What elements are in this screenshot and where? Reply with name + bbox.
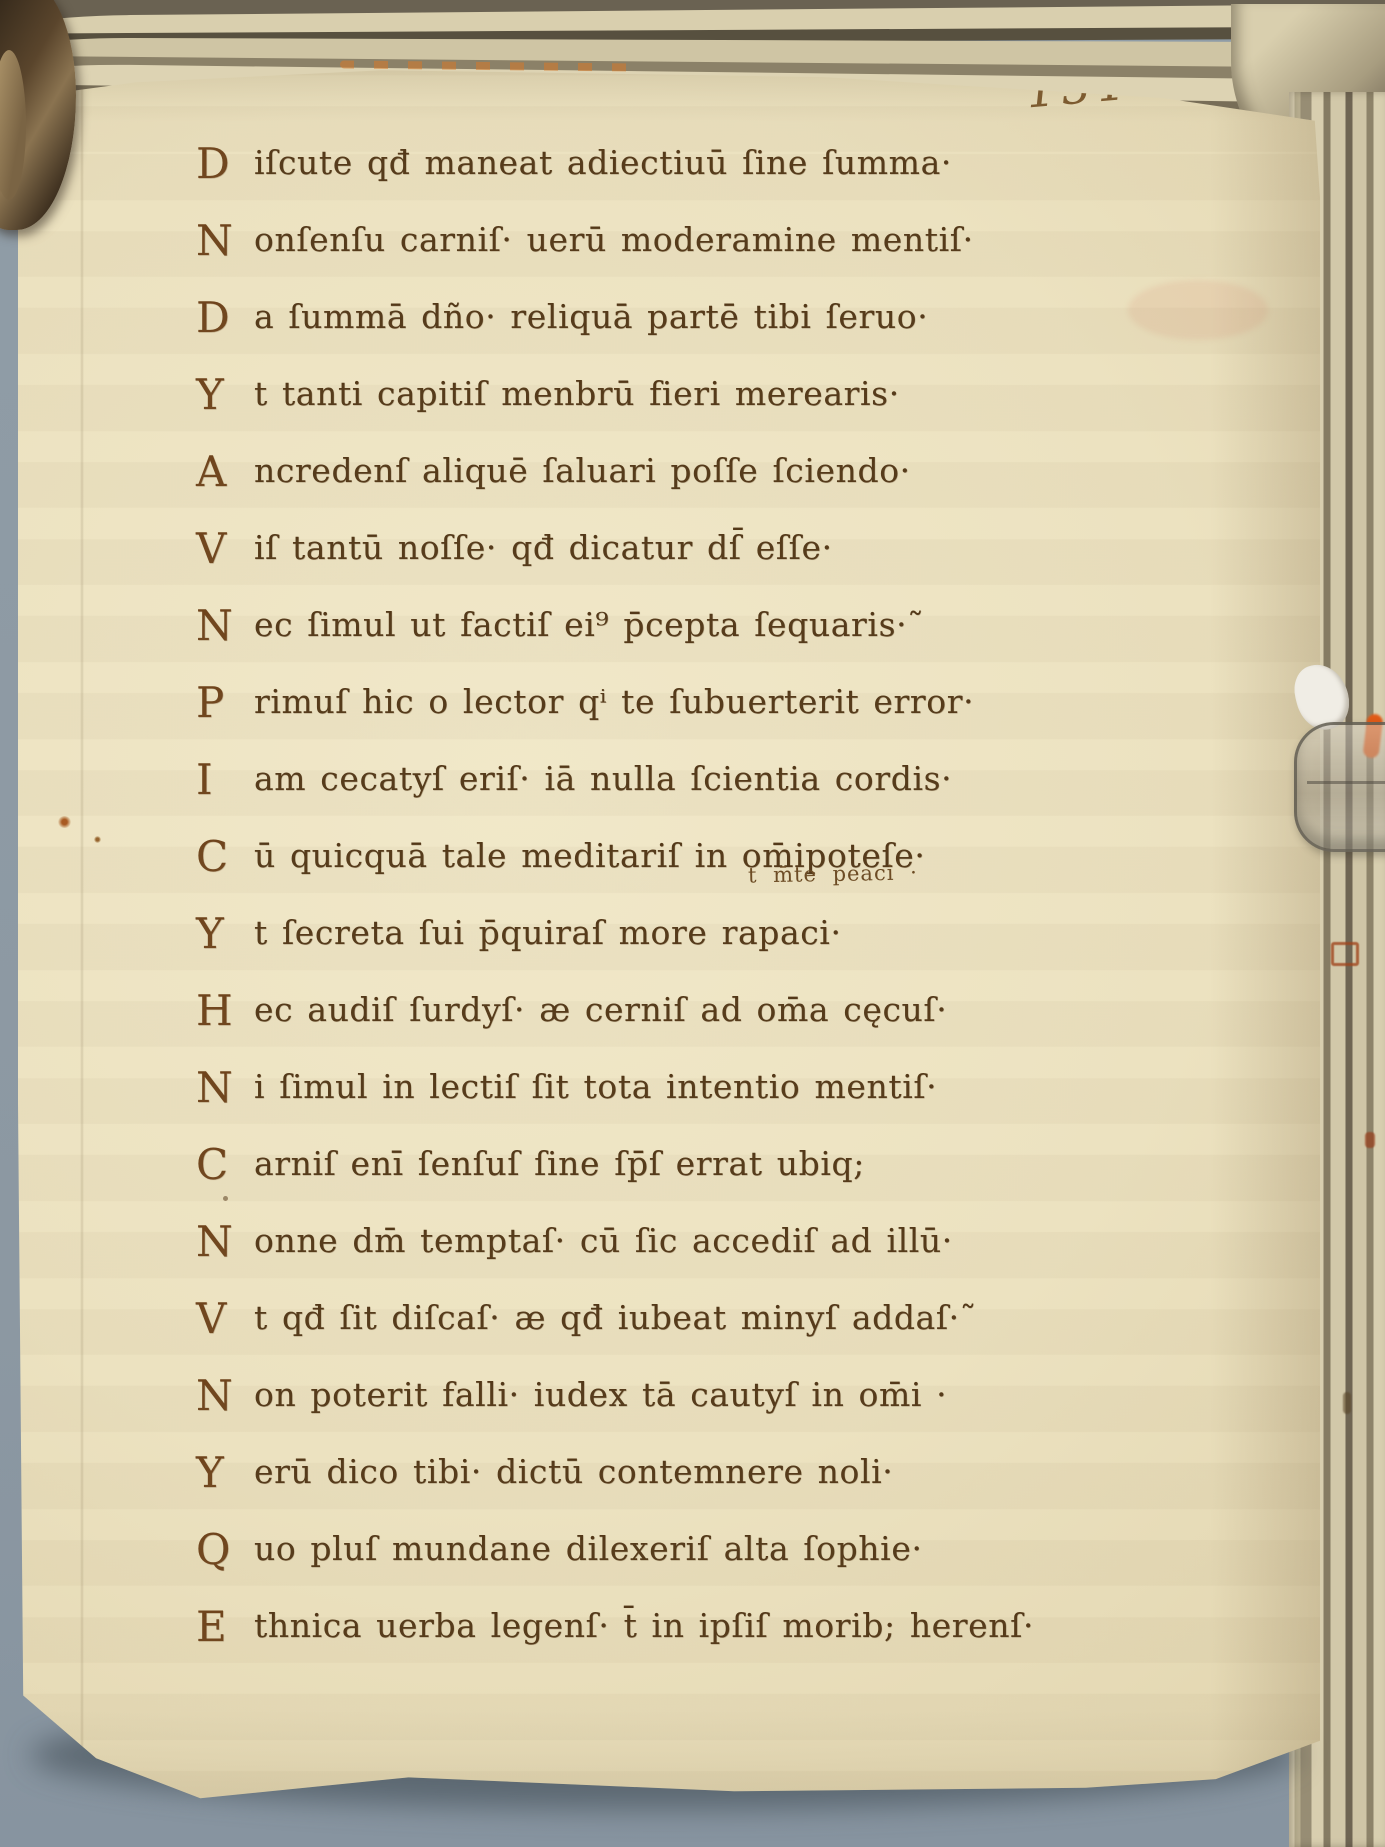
verse-text: rimuſ hic o lector qⁱ te ſubuerterit err…: [254, 679, 974, 725]
verse-text: ec ſimul ut factiſ ei⁹ p̄cepta ſequaris·…: [254, 602, 924, 648]
fore-edge-red-mark: [1365, 1132, 1375, 1148]
verse-line: Viſ tantū noſſe· qđ dicatur dſ̄ eſſe·: [196, 525, 1276, 602]
verse-line: Da ſummā dño· reliquā partē tibi ſeruo·: [196, 294, 1276, 371]
verse-line: Yt tanti capitiſ menbrū fieri merearis·: [196, 371, 1276, 448]
verse-initial: V: [196, 1295, 254, 1343]
verse-line: Primuſ hic o lector qⁱ te ſubuerterit er…: [196, 679, 1276, 756]
verse-line: Ni ſimul in lectiſ ſit tota intentio men…: [196, 1064, 1276, 1141]
verse-text: thnica uerba legenſ· t̄ in ipſiſ morib; …: [254, 1603, 1034, 1649]
verse-line: Nonſenſu carniſ· uerū moderamine mentiſ·: [196, 217, 1276, 294]
verse-initial: N: [196, 1372, 254, 1420]
fore-edge-dark-mark: [1343, 1392, 1351, 1414]
verse-text: iſcute qđ maneat adiectiuū ſine ſumma·: [254, 140, 952, 186]
manuscript-photo: 131 Diſcute qđ maneat adiectiuū ſine ſum…: [0, 0, 1385, 1847]
verse-initial: Y: [196, 371, 254, 419]
verse-text: t tanti capitiſ menbrū fieri merearis·: [254, 371, 900, 417]
verse-line: Iam cecatyſ eriſ· iā nulla ſcientia cord…: [196, 756, 1276, 833]
verse-text: arniſ enī ſenſuſ ſine ſp̄ſ errat ubiq;: [254, 1141, 865, 1187]
verse-text: a ſummā dño· reliquā partē tibi ſeruo·: [254, 294, 928, 340]
verse-initial: D: [196, 294, 254, 342]
verse-line: Ethnica uerba legenſ· t̄ in ipſiſ morib;…: [196, 1603, 1276, 1680]
verse-text: iſ tantū noſſe· qđ dicatur dſ̄ eſſe·: [254, 525, 833, 571]
verse-text: erū dico tibi· dictū contemnere noli·: [254, 1449, 893, 1495]
verse-line: Ancredenſ aliquē ſaluari poſſe ſciendo·: [196, 448, 1276, 525]
parchment-page: 131 Diſcute qđ maneat adiectiuū ſine ſum…: [18, 58, 1320, 1800]
verse-initial: Q: [196, 1526, 254, 1574]
verse-text: ec audiſ ſurdyſ· æ cerniſ ad om̄a cęcuſ·: [254, 987, 947, 1033]
verse-line: Nec ſimul ut factiſ ei⁹ p̄cepta ſequaris…: [196, 602, 1276, 679]
verse-text: uo pluſ mundane dilexeriſ alta ſophie·: [254, 1526, 923, 1572]
verse-initial: E: [196, 1603, 254, 1651]
ink-stain: [94, 836, 101, 843]
verse-initial: I: [196, 756, 254, 804]
verse-text: am cecatyſ eriſ· iā nulla ſcientia cordi…: [254, 756, 952, 802]
verse-initial: A: [196, 448, 254, 496]
fore-edge-red-mark: [1331, 942, 1359, 966]
verse-line: Non poterit falli· iudex tā cautyſ in om…: [196, 1372, 1276, 1449]
verse-line: Hec audiſ ſurdyſ· æ cerniſ ad om̄a cęcuſ…: [196, 987, 1276, 1064]
verse-text-block: Diſcute qđ maneat adiectiuū ſine ſumma· …: [196, 140, 1276, 1680]
verse-line: Vt qđ ſit diſcaſ· æ qđ iubeat minyſ adda…: [196, 1295, 1276, 1372]
verse-text: onſenſu carniſ· uerū moderamine mentiſ·: [254, 217, 974, 263]
verse-initial: H: [196, 987, 254, 1035]
verse-line: Diſcute qđ maneat adiectiuū ſine ſumma·: [196, 140, 1276, 217]
verse-initial: N: [196, 217, 254, 265]
verse-line: Yt ſecreta ſui p̄quiraſ more rapaci·: [196, 910, 1276, 987]
verse-initial: N: [196, 1064, 254, 1112]
verse-line: Quo pluſ mundane dilexeriſ alta ſophie·: [196, 1526, 1276, 1603]
verse-initial: N: [196, 1218, 254, 1266]
verse-text: t qđ ſit diſcaſ· æ qđ iubeat minyſ addaſ…: [254, 1295, 977, 1341]
verse-initial: V: [196, 525, 254, 573]
verse-line: Yerū dico tibi· dictū contemnere noli·: [196, 1449, 1276, 1526]
verse-initial: Y: [196, 1449, 254, 1497]
ink-stain: [58, 816, 71, 828]
verse-line: Cū quicquā tale meditariſ in om̄ipoteſe·: [196, 833, 1276, 910]
verse-text: t ſecreta ſui p̄quiraſ more rapaci·: [254, 910, 842, 956]
verse-initial: C: [196, 833, 254, 881]
transparent-page-clip: [1294, 722, 1385, 852]
parchment-crease: [80, 88, 84, 1748]
verse-text: onne dm̄ temptaſ· cū ſic accediſ ad illū…: [254, 1218, 953, 1264]
verse-line: Carniſ enī ſenſuſ ſine ſp̄ſ errat ubiq;: [196, 1141, 1276, 1218]
verse-initial: P: [196, 679, 254, 727]
verse-initial: C: [196, 1141, 254, 1189]
verse-line: Nonne dm̄ temptaſ· cū ſic accediſ ad ill…: [196, 1218, 1276, 1295]
verse-text: on poterit falli· iudex tā cautyſ in om̄…: [254, 1372, 947, 1418]
verse-text: i ſimul in lectiſ ſit tota intentio ment…: [254, 1064, 937, 1110]
verse-initial: Y: [196, 910, 254, 958]
verse-initial: D: [196, 140, 254, 188]
verse-initial: N: [196, 602, 254, 650]
interlinear-gloss: t m̄te peaci ·: [748, 861, 918, 888]
verse-text: ncredenſ aliquē ſaluari poſſe ſciendo·: [254, 448, 911, 494]
